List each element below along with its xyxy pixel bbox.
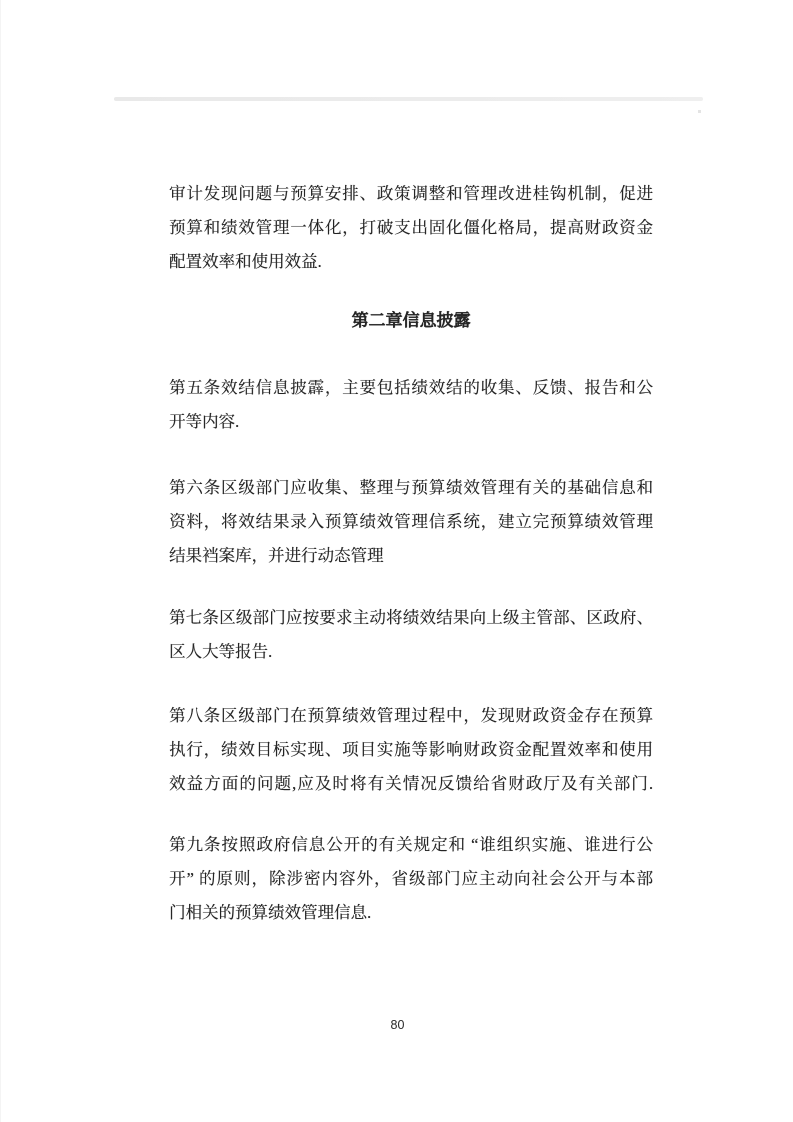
paragraph-article5: 第五条效结信息披霹，主要包括绩效结的收集、反馈、报告和公开等内容.: [169, 371, 653, 439]
paragraph-article9: 第九条按照政府信息公开的有关规定和 “谁组织实施、谁进行公开” 的原则，除涉密内…: [169, 828, 653, 930]
text-line: 第五条效结信息披霹，主要包括绩效结的收集、反馈、报告和公: [169, 371, 653, 405]
scanned-document-page: 第二章信息披露 审计发现问题与预算安排、政策调整和管理改进桂钩机制，促进预算和绩…: [0, 0, 793, 1122]
text-line: 第七条区级部门应按要求主动将绩效结果向上级主管部、区政府、: [169, 601, 653, 635]
page-number: 80: [1, 1018, 793, 1032]
text-line: 效益方面的问题,应及时将有关情况反馈给省财政厅及有关部门.: [169, 767, 653, 801]
text-line: 开” 的原则，除涉密内容外，省级部门应主动向社会公开与本部: [169, 862, 653, 896]
text-line: 资料，将效结果录入预算绩效管理信系统，建立完预算绩效管理: [169, 505, 653, 539]
text-line: 第九条按照政府信息公开的有关规定和 “谁组织实施、谁进行公: [169, 828, 653, 862]
paragraph-article7: 第七条区级部门应按要求主动将绩效结果向上级主管部、区政府、区人大等报告.: [169, 601, 653, 669]
text-line: 区人大等报告.: [169, 635, 653, 669]
scan-artifact-dot: [698, 110, 701, 113]
text-line: 审计发现问题与预算安排、政策调整和管理改进桂钩机制，促进: [169, 177, 653, 211]
text-line: 结果裆案库，并进行动态管理: [169, 539, 653, 573]
paragraph-article6: 第六条区级部门应收集、整理与预算绩效管理有关的基础信息和资料，将效结果录入预算绩…: [169, 471, 653, 573]
text-line: 执行，绩效目标实现、项目实施等影响财政资金配置效率和使用: [169, 733, 653, 767]
text-line: 预算和绩效管理一体化，打破支出固化僵化格局，提高财政资金: [169, 211, 653, 245]
chapter-heading: 第二章信息披露: [169, 304, 653, 338]
text-line: 第六条区级部门应收集、整理与预算绩效管理有关的基础信息和: [169, 471, 653, 505]
paragraph-continuation: 审计发现问题与预算安排、政策调整和管理改进桂钩机制，促进预算和绩效管理一体化，打…: [169, 177, 653, 279]
paragraph-article8: 第八条区级部门在预算绩效管理过程中，发现财政资金存在预算执行，绩效目标实现、项目…: [169, 699, 653, 801]
text-line: 门相关的预算绩效管理信息.: [169, 896, 653, 930]
text-line: 开等内容.: [169, 405, 653, 439]
text-line: 第八条区级部门在预算绩效管理过程中，发现财政资金存在预算: [169, 699, 653, 733]
text-line: 配置效率和使用效益.: [169, 245, 653, 279]
scan-artifact-line: [114, 97, 703, 101]
